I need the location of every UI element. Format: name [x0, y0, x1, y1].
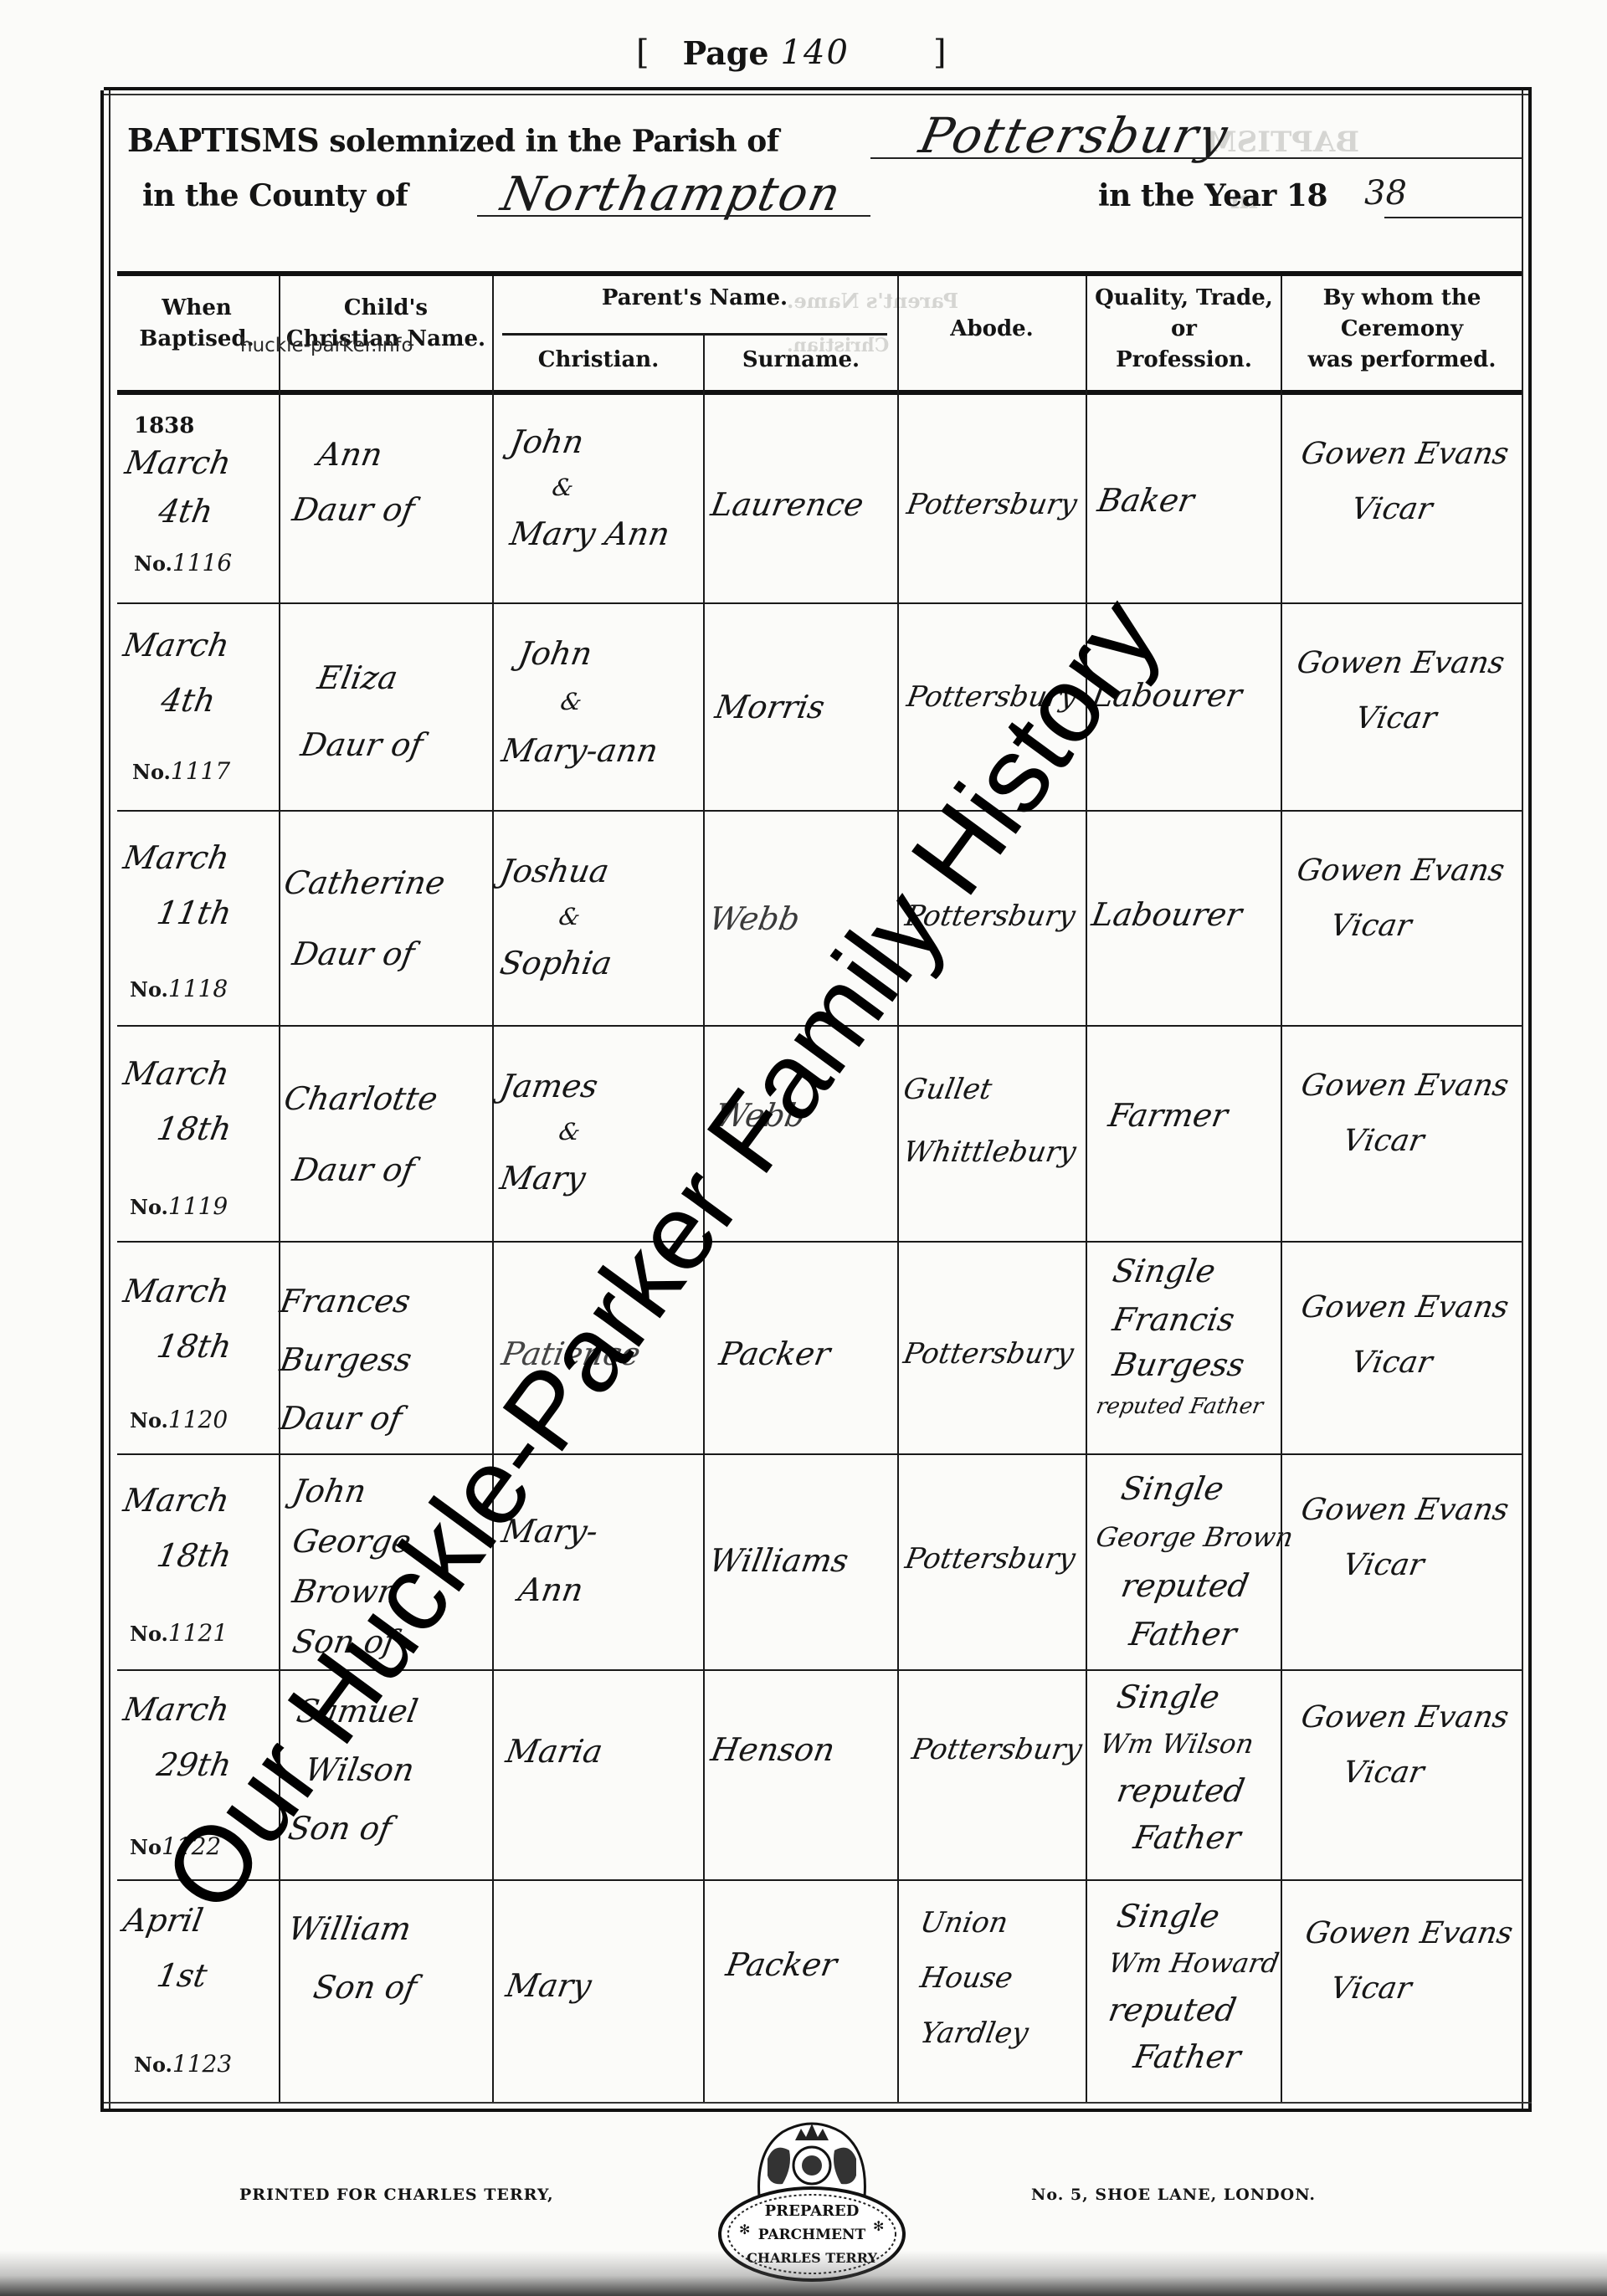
header-by-whom: By whom the Ceremony was performed.: [1282, 283, 1522, 376]
entry-number: No1122: [130, 1832, 221, 1860]
surname-value: Henson: [706, 1722, 839, 1777]
bracket-open: [: [636, 33, 649, 72]
quality-line: Burgess: [1110, 1344, 1267, 1386]
parish-underline: [870, 157, 1523, 159]
entry-number: No.1121: [130, 1619, 228, 1647]
quality-line: George Brown: [1092, 1513, 1297, 1561]
header-line: Profession.: [1087, 345, 1281, 376]
entry-day: 29th: [152, 1737, 236, 1792]
parent-christian-line: Mary: [495, 1151, 603, 1206]
entry-number: No.1118: [130, 975, 228, 1002]
entry-number: No.1120: [130, 1406, 228, 1433]
entry-number-label: No.: [134, 551, 172, 576]
table-row-4-child: Charlotte Daur of: [285, 1061, 437, 1203]
table-row-3-abode: Pottersbury: [906, 889, 1075, 944]
child-name-line: Burgess: [275, 1330, 417, 1389]
table-row-4-quality: Farmer: [1109, 1088, 1227, 1143]
child-name-line: Son of: [289, 1617, 415, 1667]
table-header-top-rule: [117, 271, 1522, 276]
surname-value: Williams: [705, 1533, 853, 1588]
quality-line: Labourer: [1087, 887, 1246, 942]
table-row-3-child: Catherine Daur of: [285, 845, 444, 987]
entry-number-value: 1118: [168, 975, 228, 1002]
table-row-1-abode: Pottersbury: [907, 477, 1076, 532]
parent-christian-line: John: [506, 417, 674, 467]
child-name-line: Daur of: [295, 711, 429, 778]
officiant-name: Gowen Evans: [1296, 427, 1513, 482]
table-row-3-parent-christian: Joshua & Sophia: [501, 843, 612, 991]
header-quality-trade: Quality, Trade, or Profession.: [1087, 283, 1281, 376]
entry-number-value: 1117: [171, 757, 230, 785]
child-name-line: Brown: [289, 1566, 415, 1617]
officiant-name: Gowen Evans: [1301, 1906, 1517, 1961]
table-row-1-child: Ann Daur of: [293, 427, 414, 537]
abode-line: Pottersbury: [902, 669, 1081, 725]
row-divider: [117, 1453, 1522, 1455]
table-row-2-by-whom: Gowen Evans Vicar: [1297, 636, 1504, 746]
abode-line: Pottersbury: [899, 1326, 1078, 1381]
table-row-7-quality: Single Wm Wilson reputed Father: [1101, 1673, 1254, 1861]
table-row-1-by-whom: Gowen Evans Vicar: [1302, 427, 1508, 537]
abode-line: Pottersbury: [901, 889, 1080, 944]
column-divider: [703, 335, 705, 2102]
heading-parish-line: BAPTISMS solemnized in the Parish of: [127, 121, 779, 159]
entry-number-label: No.: [134, 2053, 172, 2077]
entry-number: No.1116: [134, 549, 232, 577]
officiant-title: Vicar: [1347, 1335, 1513, 1391]
child-name-line: Daur of: [288, 482, 418, 537]
heading-year-label: in the Year 18: [1098, 178, 1327, 213]
quality-line: Single: [1109, 1247, 1267, 1295]
child-name-line: John: [289, 1466, 415, 1516]
officiant-name: Gowen Evans: [1292, 636, 1509, 691]
officiant-name: Gowen Evans: [1292, 843, 1509, 899]
site-watermark-small: huckle-parker.info: [240, 335, 413, 356]
entry-day: 4th: [155, 487, 235, 536]
header-christian: Christian.: [494, 345, 703, 376]
entry-month: March: [119, 618, 234, 673]
entry-day: 18th: [152, 1101, 236, 1156]
table-row-6-abode: Pottersbury: [906, 1531, 1075, 1586]
year-underline: [1384, 217, 1522, 218]
table-row-8-parent-christian: Mary: [506, 1958, 591, 2013]
parent-christian-line: &: [556, 899, 614, 935]
officiant-name: Gowen Evans: [1296, 1280, 1513, 1335]
quality-line: reputed: [1113, 1767, 1257, 1814]
abode-line: Pottersbury: [901, 1531, 1080, 1586]
header-parents-name: Parent's Name.: [502, 283, 887, 314]
surname-value: Webb: [705, 891, 804, 946]
entry-year: 1838: [134, 413, 231, 438]
table-row-4-surname: Webb: [716, 1088, 805, 1143]
parent-christian-line: Ann: [514, 1561, 603, 1619]
quality-line: reputed Father: [1093, 1386, 1267, 1427]
abode-line: Union: [916, 1895, 1033, 1950]
table-row-1-surname: Laurence: [711, 477, 863, 532]
parent-christian-line: Patience: [497, 1326, 644, 1381]
frame-bottom-rule-inner: [104, 2102, 1532, 2104]
header-line: Quality, Trade,: [1087, 283, 1281, 314]
star-icon: ✻: [873, 2218, 884, 2234]
heading-county-label: in the County of: [142, 178, 408, 213]
surname-value: Laurence: [706, 477, 868, 532]
entry-day: 11th: [152, 885, 236, 940]
child-name-line: George: [289, 1516, 415, 1566]
entry-number-value: 1121: [168, 1619, 228, 1647]
star-icon: ✻: [739, 2222, 750, 2237]
officiant-title: Vicar: [1347, 482, 1513, 537]
table-row-7-date: March 29th: [124, 1682, 231, 1792]
table-row-7-by-whom: Gowen Evans Vicar: [1302, 1690, 1508, 1801]
table-row-5-surname: Packer: [720, 1326, 829, 1381]
frame-bottom-rule: [100, 2109, 1532, 2112]
officiant-title: Vicar: [1338, 1538, 1513, 1593]
table-row-7-parent-christian: Maria: [506, 1724, 603, 1779]
table-row-3-by-whom: Gowen Evans Vicar: [1297, 843, 1504, 954]
abode-line: Whittlebury: [899, 1123, 1081, 1181]
heading-county-line: in the County of: [142, 178, 408, 213]
officiant-title: Vicar: [1326, 899, 1509, 954]
table-row-1-parent-christian: John & Mary Ann: [511, 417, 670, 559]
table-row-5-parent-christian: Patience: [502, 1326, 640, 1381]
table-row-5-date: March 18th: [124, 1263, 231, 1374]
child-name-line: Frances: [275, 1272, 417, 1330]
child-name-line: Ann: [313, 427, 418, 482]
header-line: By whom the: [1282, 283, 1522, 314]
entry-month: March: [119, 1682, 236, 1737]
entry-number-label: No.: [130, 977, 168, 1002]
header-line: When: [126, 293, 268, 324]
row-divider: [117, 1669, 1522, 1671]
seal-top-text: PREPARED: [765, 2202, 860, 2220]
page-number-header: [ Page 140 ]: [636, 23, 954, 82]
entry-month: March: [119, 1046, 236, 1101]
table-row-6-quality: Single George Brown reputed Father: [1096, 1464, 1293, 1658]
entry-day: 18th: [152, 1319, 236, 1374]
abode-line: Gullet: [898, 1056, 1081, 1123]
parent-christian-line: Maria: [501, 1724, 607, 1779]
header-line: Ceremony: [1282, 314, 1522, 345]
entry-month: March: [119, 830, 236, 885]
parent-christian-line: Mary: [501, 1958, 596, 2013]
child-name-line: Daur of: [287, 920, 450, 987]
entry-number: No.1117: [132, 757, 230, 785]
child-name-line: Son of: [284, 1799, 423, 1858]
quality-line: reputed: [1117, 1561, 1297, 1610]
abode-line: Yardley: [916, 2006, 1033, 2061]
table-row-4-date: March 18th: [124, 1046, 231, 1156]
table-row-8-by-whom: Gowen Evans Vicar: [1306, 1906, 1512, 2017]
parent-christian-line: Sophia: [495, 935, 616, 991]
table-row-2-quality: Labourer: [1092, 668, 1241, 723]
parent-christian-line: Mary Ann: [506, 509, 674, 559]
table-row-6-by-whom: Gowen Evans Vicar: [1302, 1483, 1508, 1593]
entry-number-label: No.: [132, 760, 171, 784]
table-row-1-quality: Baker: [1098, 473, 1194, 528]
table-row-5-abode: Pottersbury: [904, 1326, 1073, 1381]
abode-line: House: [916, 1950, 1033, 2006]
table-row-3-surname: Webb: [710, 891, 799, 946]
parent-christian-line: Mary-ann: [497, 723, 662, 778]
entry-number-value: 1116: [172, 549, 232, 577]
officiant-title: Vicar: [1326, 1961, 1517, 2017]
quality-line: Father: [1126, 1610, 1297, 1658]
quality-line: Labourer: [1087, 668, 1246, 723]
table-row-7-surname: Henson: [711, 1722, 834, 1777]
row-divider: [117, 1879, 1522, 1881]
quality-line: Baker: [1093, 473, 1199, 528]
table-row-6-parent-christian: Mary- Ann: [502, 1502, 598, 1619]
entry-number: No.1123: [134, 2050, 232, 2078]
table-header-bottom-rule: [117, 390, 1522, 395]
surname-value: Packer: [715, 1326, 834, 1381]
table-row-2-abode: Pottersbury: [907, 669, 1076, 725]
child-name-line: Samuel: [292, 1682, 423, 1740]
column-divider: [279, 276, 280, 2102]
entry-month: March: [119, 1473, 236, 1528]
row-divider: [117, 1025, 1522, 1027]
table-row-5-child: Frances Burgess Daur of: [280, 1272, 411, 1448]
entry-number-value: 1122: [162, 1832, 221, 1860]
surname-value: Packer: [721, 1937, 841, 1992]
parish-value: Pottersbury: [915, 107, 1234, 164]
parent-christian-line: John: [514, 626, 662, 681]
child-name-line: Catherine: [278, 845, 451, 920]
entry-number-label: No.: [130, 1622, 168, 1646]
table-row-8-abode: Union House Yardley: [921, 1895, 1028, 2061]
entry-day: 18th: [152, 1528, 236, 1583]
table-row-2-surname: Morris: [716, 679, 824, 735]
county-underline: [477, 215, 870, 217]
seal-middle-text: PARCHMENT: [758, 2227, 866, 2243]
row-divider: [117, 1241, 1522, 1243]
entry-number-value: 1119: [168, 1192, 228, 1220]
child-name-line: Wilson: [300, 1740, 423, 1799]
frame-left-rule-inner: [109, 90, 110, 2109]
abode-line: Pottersbury: [907, 1722, 1086, 1777]
surname-value: Morris: [711, 679, 829, 735]
parent-christian-line: Mary-: [497, 1502, 603, 1561]
header-line: or: [1087, 314, 1281, 345]
child-name-line: Eliza: [312, 644, 429, 711]
column-divider: [897, 276, 899, 2102]
table-row-6-date: March 18th: [124, 1473, 231, 1583]
entry-day: 4th: [157, 673, 234, 728]
officiant-title: Vicar: [1338, 1745, 1513, 1801]
entry-number-label: No: [130, 1835, 162, 1859]
page-number: 140: [781, 33, 850, 72]
frame-left-rule: [100, 90, 104, 2109]
entry-day: 1st: [152, 1948, 212, 2003]
table-row-8-date: April 1st: [124, 1893, 207, 2003]
printer-credit: PRINTED FOR CHARLES TERRY,: [239, 2186, 554, 2204]
table-row-1-date: 1838 March 4th: [126, 413, 231, 536]
page-edge-shadow: [0, 2251, 1607, 2296]
officiant-title: Vicar: [1338, 1114, 1513, 1169]
officiant-title: Vicar: [1351, 691, 1509, 746]
quality-line: Farmer: [1104, 1088, 1232, 1143]
officiant-name: Gowen Evans: [1296, 1690, 1513, 1745]
officiant-name: Gowen Evans: [1296, 1483, 1513, 1538]
table-row-7-abode: Pottersbury: [912, 1722, 1081, 1777]
quality-line: Single: [1113, 1893, 1283, 1940]
column-divider: [1086, 276, 1087, 2102]
table-row-5-by-whom: Gowen Evans Vicar: [1302, 1280, 1508, 1391]
row-divider: [117, 810, 1522, 812]
officiant-name: Gowen Evans: [1296, 1058, 1513, 1114]
heading-parish-label: solemnized in the Parish of: [329, 124, 779, 159]
table-row-2-date: March 4th: [124, 618, 229, 728]
table-row-8-quality: Single Wm Howard reputed Father: [1109, 1893, 1279, 2080]
year-value: 38: [1364, 174, 1407, 213]
quality-line: Wm Howard: [1105, 1940, 1283, 1986]
table-row-5-quality: Single Francis Burgess reputed Father: [1096, 1247, 1263, 1427]
quality-line: Father: [1130, 1814, 1257, 1861]
header-line: was performed.: [1282, 345, 1522, 376]
header-line: Child's: [281, 293, 490, 324]
parent-christian-line: Joshua: [495, 843, 616, 899]
table-row-4-parent-christian: James & Mary: [501, 1058, 598, 1206]
entry-month: April: [119, 1893, 212, 1948]
entry-number-value: 1123: [172, 2050, 232, 2078]
frame-top-rule-inner: [104, 94, 1532, 95]
table-row-8-surname: Packer: [726, 1937, 836, 1992]
table-row-7-child: Samuel Wilson Son of: [289, 1682, 418, 1858]
child-name-line: Son of: [309, 1958, 422, 2017]
table-row-4-by-whom: Gowen Evans Vicar: [1302, 1058, 1508, 1169]
printer-address: No. 5, SHOE LANE, LONDON.: [1031, 2186, 1316, 2204]
parents-subheader-rule: [502, 333, 887, 336]
abode-line: Pottersbury: [902, 477, 1081, 532]
table-row-3-quality: Labourer: [1092, 887, 1241, 942]
frame-top-rule: [104, 87, 1532, 90]
county-value: Northampton: [496, 167, 847, 222]
parent-christian-line: &: [549, 467, 673, 509]
parent-christian-line: &: [557, 681, 661, 723]
table-row-2-child: Eliza Daur of: [301, 644, 423, 778]
child-name-line: William: [284, 1899, 422, 1958]
child-name-line: Daur of: [275, 1389, 417, 1448]
child-name-line: Charlotte: [278, 1061, 444, 1136]
entry-number-label: No.: [130, 1408, 168, 1432]
quality-line: Single: [1113, 1673, 1257, 1720]
header-surname: Surname.: [705, 345, 897, 376]
table-row-3-date: March 11th: [124, 830, 231, 940]
entry-month: March: [119, 1263, 236, 1319]
table-row-8-child: William Son of: [289, 1899, 416, 2017]
heading-baptisms: BAPTISMS: [127, 121, 319, 159]
row-divider: [117, 602, 1522, 604]
table-row-6-child: John George Brown Son of: [293, 1466, 411, 1667]
quality-line: Single: [1117, 1464, 1297, 1513]
entry-number-label: No.: [130, 1195, 168, 1219]
parent-christian-line: &: [556, 1114, 601, 1151]
quality-line: reputed: [1105, 1986, 1283, 2033]
page-label: Page: [683, 34, 769, 72]
column-divider: [492, 276, 494, 2102]
table-row-4-abode: Gullet Whittlebury: [904, 1056, 1076, 1181]
quality-line: Wm Wilson: [1096, 1720, 1257, 1767]
header-abode: Abode.: [899, 314, 1085, 345]
child-name-line: Daur of: [287, 1136, 444, 1203]
entry-month: March: [121, 438, 235, 487]
surname-value: Webb: [711, 1088, 810, 1143]
entry-number-value: 1120: [168, 1406, 228, 1433]
quality-line: Francis: [1109, 1295, 1267, 1344]
frame-right-rule-inner: [1522, 90, 1523, 2109]
entry-number: No.1119: [130, 1192, 228, 1220]
column-divider: [1281, 276, 1282, 2102]
table-row-2-parent-christian: John & Mary-ann: [502, 626, 658, 778]
parent-christian-line: James: [495, 1058, 603, 1114]
table-row-6-surname: Williams: [710, 1533, 848, 1588]
bracket-close: ]: [933, 33, 947, 72]
quality-line: Father: [1130, 2033, 1283, 2080]
frame-right-rule: [1528, 90, 1532, 2109]
